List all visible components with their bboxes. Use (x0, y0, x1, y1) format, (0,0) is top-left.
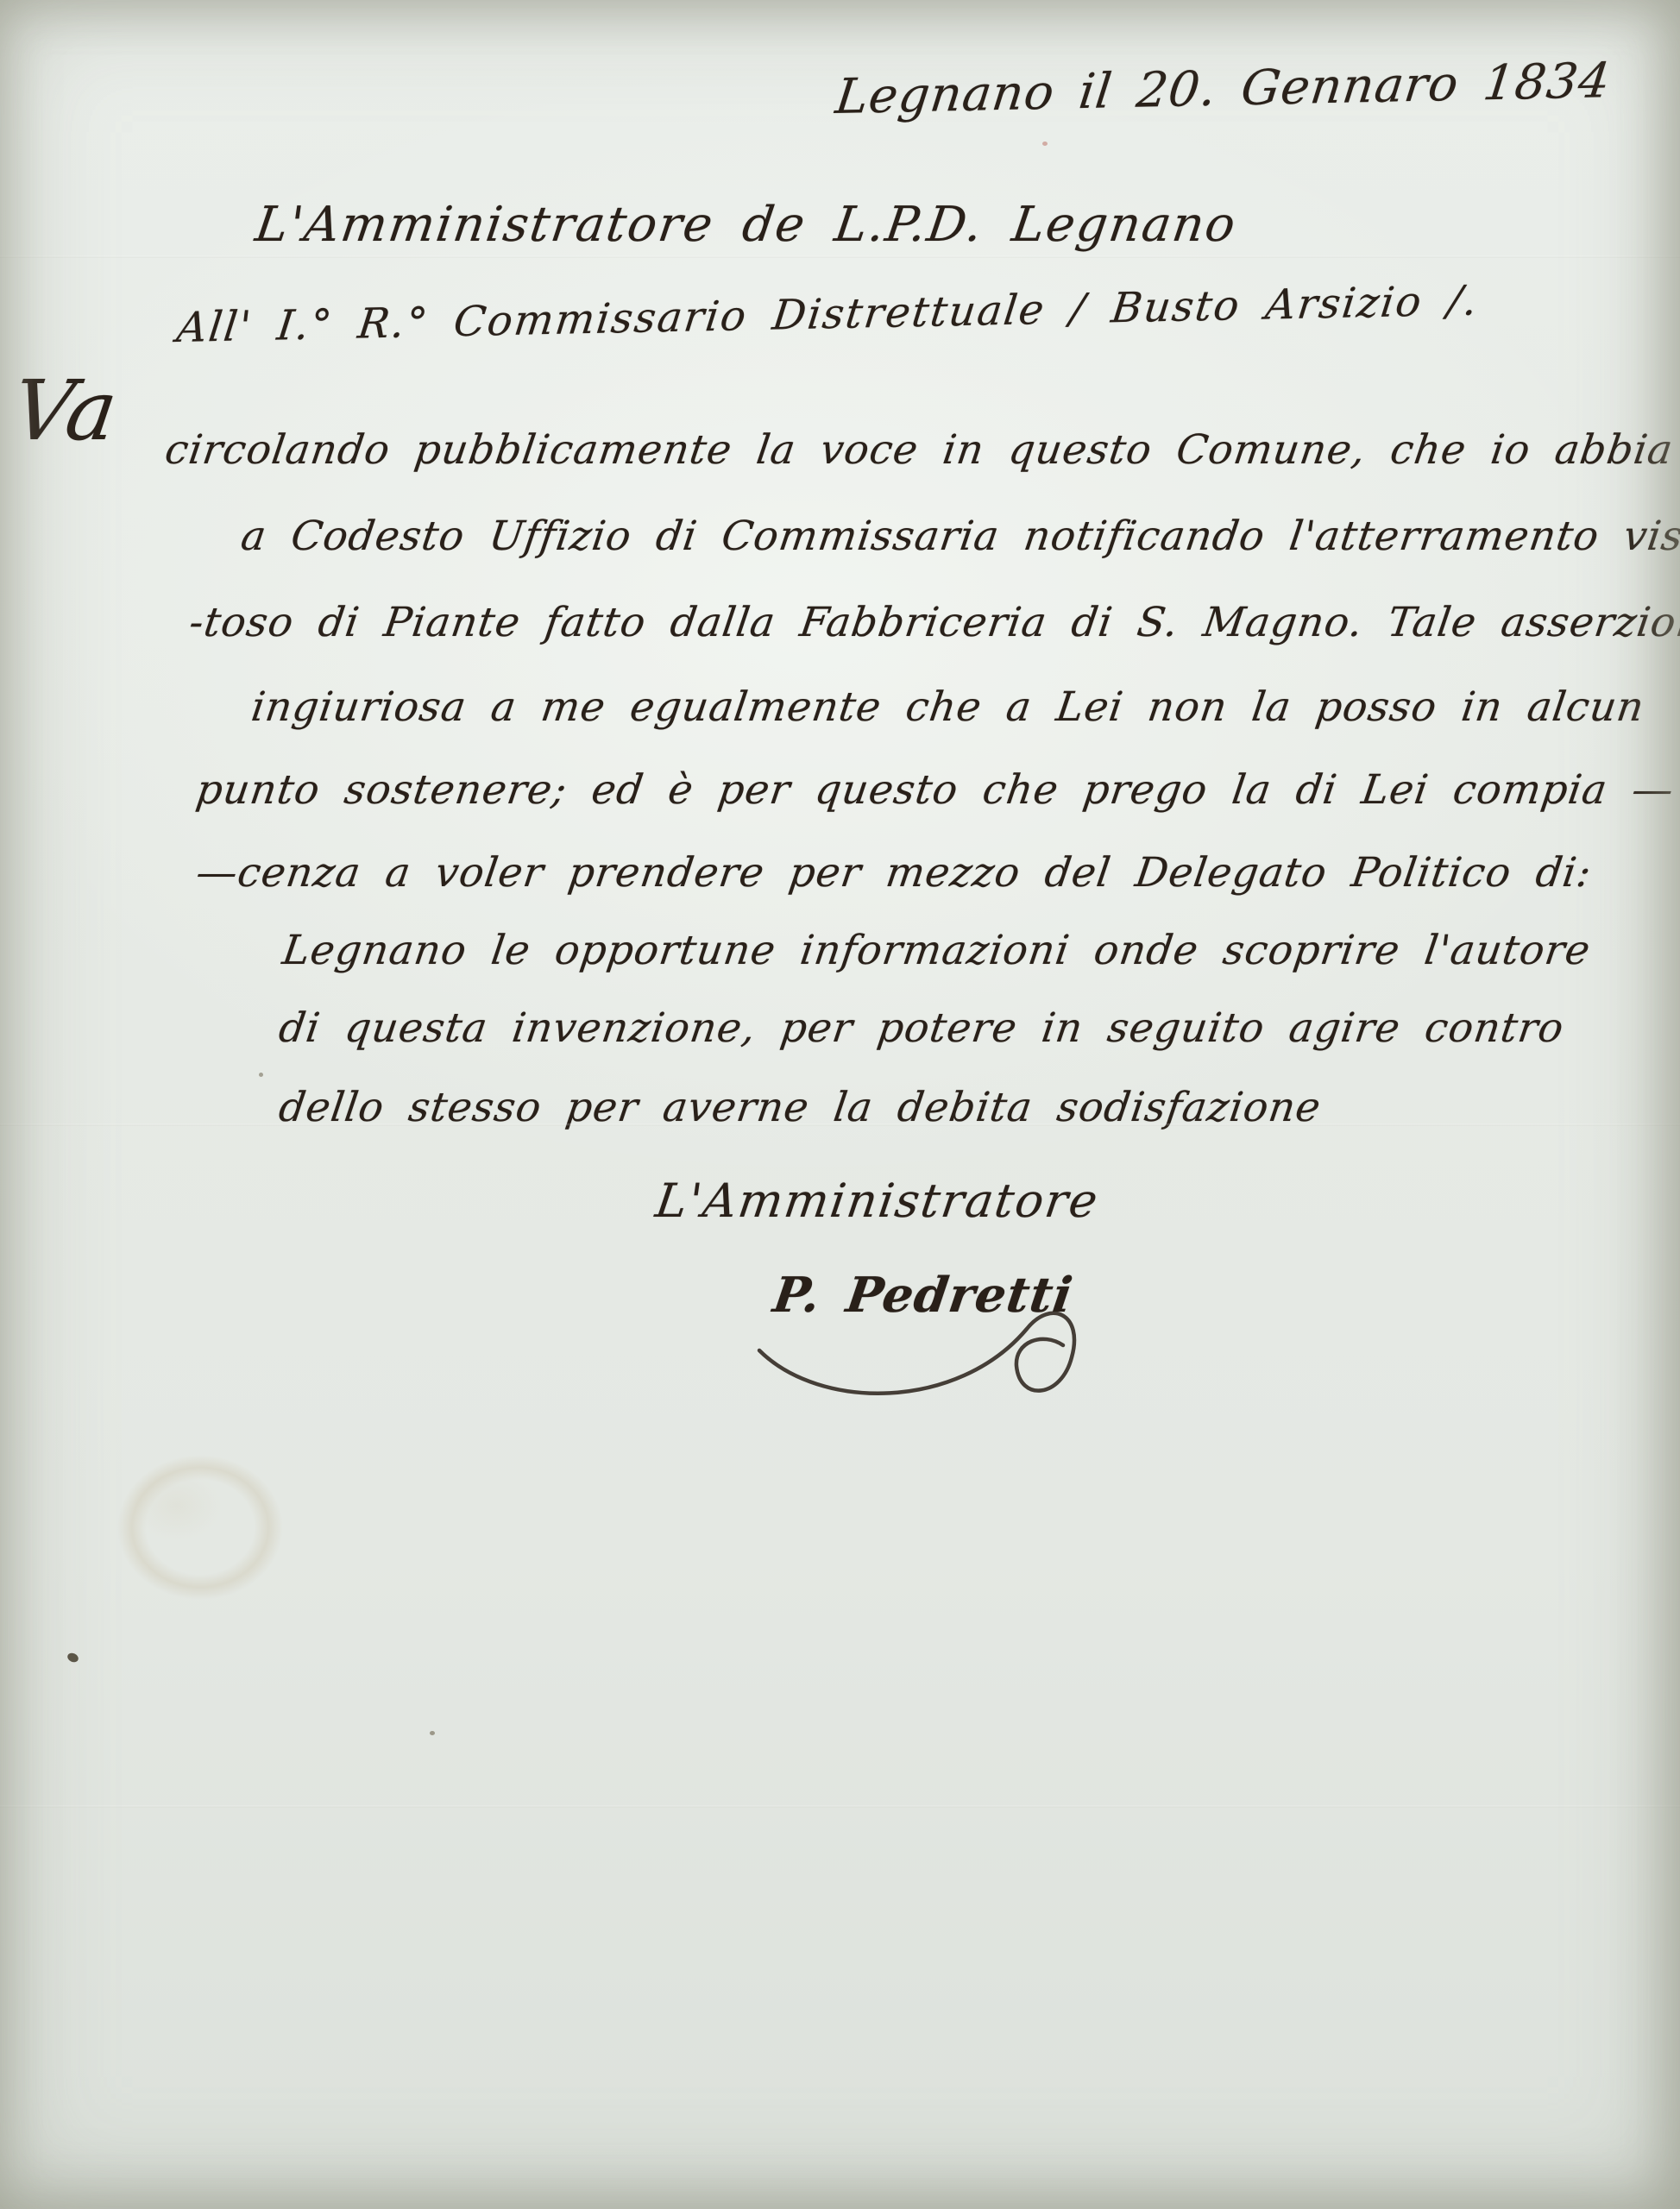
body-line: a Codesto Uffizio di Commissaria notific… (238, 513, 1680, 560)
closing-line: L'Amministratore (652, 1174, 1103, 1228)
body-line: ingiuriosa a me egualmente che a Lei non… (249, 683, 1647, 731)
fold-crease (0, 1805, 1680, 1808)
body-line: circolando pubblicamente la voce in ques… (162, 426, 1680, 474)
red-speck (1042, 142, 1048, 146)
ink-speck (430, 1731, 435, 1735)
body-line: —cenza a voler prendere per mezzo del De… (193, 849, 1595, 897)
body-line: Legnano le opportune informazioni onde s… (280, 927, 1594, 974)
dateline: Legnano il 20. Gennaro 1834 (833, 53, 1614, 125)
body-line: punto sostenere; ed è per questo che pre… (193, 766, 1677, 814)
sender-line: L'Amministratore de L.P.D. Legnano (252, 197, 1240, 253)
signature: P. Pedretti (770, 1267, 1077, 1324)
ink-speck (66, 1652, 79, 1665)
manuscript-page: Legnano il 20. Gennaro 1834 L'Amministra… (0, 0, 1680, 2209)
ink-speck (259, 1073, 263, 1077)
body-line: di questa invenzione, per potere in segu… (276, 1004, 1567, 1052)
body-line: dello stesso per averne la debita sodisf… (276, 1084, 1324, 1131)
opening-initial: Va (7, 362, 123, 459)
fold-crease (0, 255, 1680, 258)
body-line: -toso di Piante fatto dalla Fabbriceria … (186, 599, 1680, 646)
recipient-line: All' I.° R.° Commissario Distrettuale ∕ … (174, 277, 1482, 352)
